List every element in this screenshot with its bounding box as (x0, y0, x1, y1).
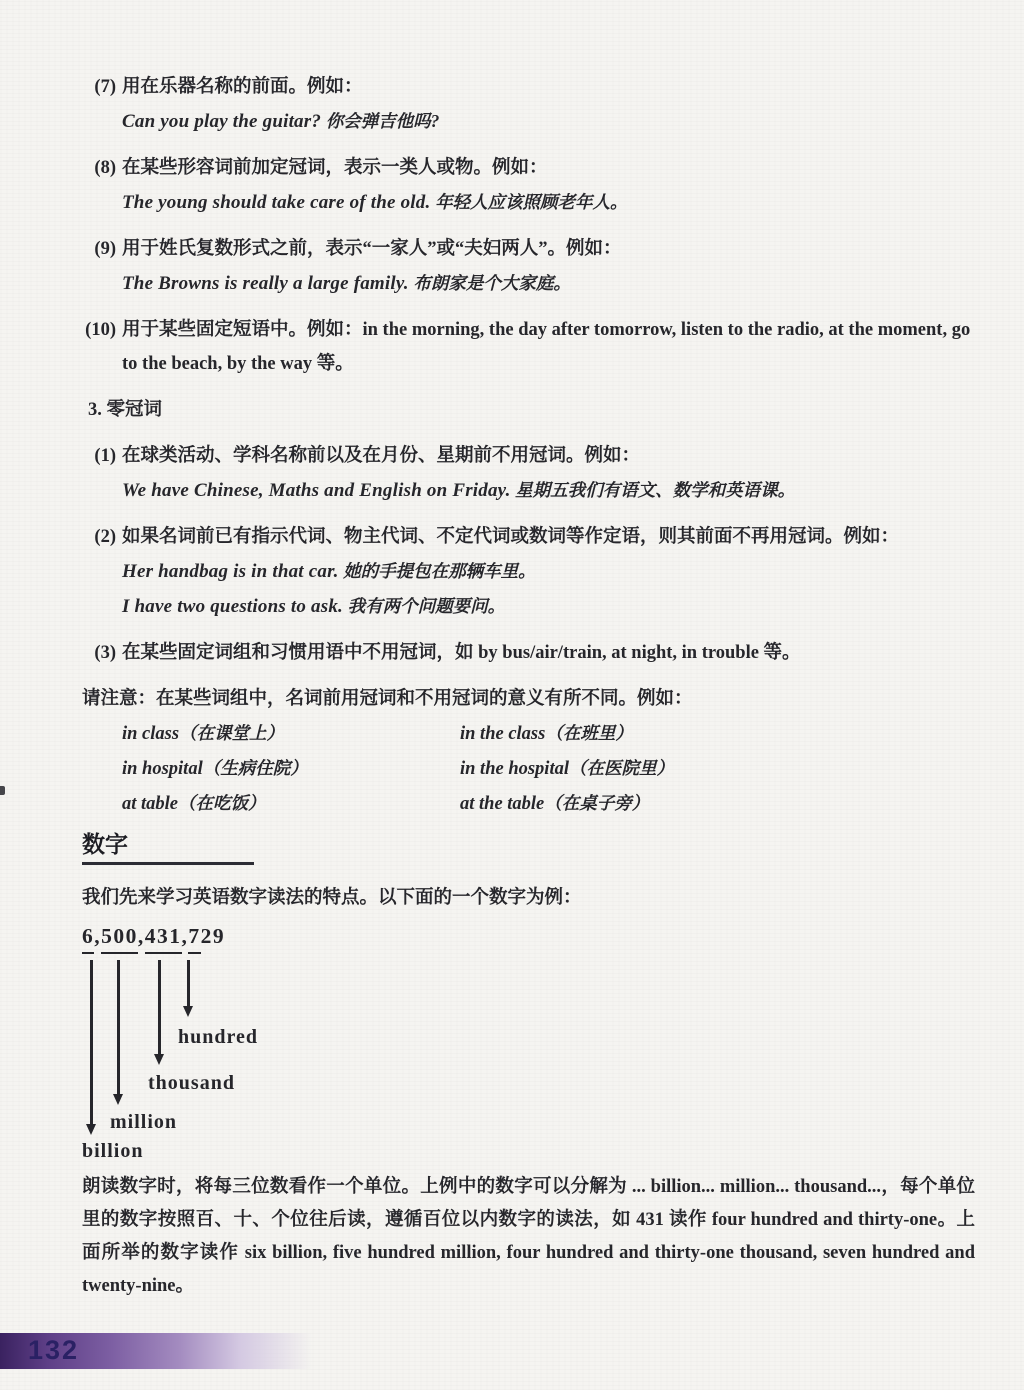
hundred-arrow (187, 960, 190, 1006)
item-text: 在某些形容词前加定冠词，表示一类人或物。例如： (122, 158, 548, 178)
million-label: million (110, 1110, 177, 1134)
phrase-chinese: （在医院里） (569, 758, 674, 778)
phrase-chinese: （在吃饭） (178, 793, 266, 813)
phrase-with-article: at the table（在桌子旁） (460, 786, 649, 821)
note-paragraph: 请注意：在某些词组中，名词前用冠词和不用冠词的意义有所不同。例如： (82, 682, 975, 716)
billion-label: billion (82, 1139, 143, 1163)
item-number: (1) (70, 439, 116, 473)
example-english: Can you play the guitar? (122, 111, 321, 132)
phrase-with-article: in the class（在班里） (460, 716, 633, 751)
zero-article-heading: 3. 零冠词 (88, 393, 975, 427)
example-english: Her handbag is in that car. (122, 561, 339, 582)
million-arrow (117, 960, 120, 1094)
item-number: (7) (70, 70, 116, 104)
phrase-pair-row: in hospital（生病住院） in the hospital（在医院里） (122, 751, 975, 786)
example-chinese: 你会弹吉他吗? (326, 111, 440, 131)
digit-group: 6 (82, 923, 94, 954)
phrase-without-article: in class（在课堂上） (122, 716, 460, 751)
item-text: 在球类活动、学科名称前以及在月份、星期前不用冠词。例如： (122, 446, 640, 466)
digit-group: 431 (145, 923, 182, 954)
item-number: (10) (70, 313, 116, 347)
zero-article-items-list: (1) 在球类活动、学科名称前以及在月份、星期前不用冠词。例如： We have… (122, 439, 975, 670)
phrase-pairs-table: in class（在课堂上） in the class（在班里） in hosp… (122, 716, 975, 821)
example-english: We have Chinese, Maths and English on Fr… (122, 480, 511, 501)
closing-paragraph: 朗读数字时，将每三位数看作一个单位。上例中的数字可以分解为 ... billio… (82, 1171, 975, 1303)
thousand-arrow (158, 960, 161, 1054)
digit-group: 500 (101, 923, 138, 954)
grammar-item: (2) 如果名词前已有指示代词、物主代词、不定代词或数词等作定语，则其前面不再用… (122, 520, 975, 624)
phrase-english: in the class (460, 724, 545, 744)
digit-group: , (182, 923, 189, 952)
digit-group: , (138, 923, 145, 952)
item-text: 用在乐器名称的前面。例如： (122, 77, 363, 97)
phrase-chinese: （在班里） (545, 723, 633, 743)
phrase-chinese: （在课堂上） (179, 723, 284, 743)
grammar-item: (7) 用在乐器名称的前面。例如： Can you play the guita… (122, 70, 975, 139)
billion-arrow (90, 960, 93, 1124)
example-english: The Browns is really a large family. (122, 273, 409, 294)
example-english: I have two questions to ask. (122, 596, 343, 617)
item-text: 在某些固定词组和习惯用语中不用冠词，如 by bus/air/train, at… (122, 643, 801, 663)
numbers-section-heading: 数字 (82, 831, 254, 865)
item-examples: The young should take care of the old. 年… (122, 185, 975, 220)
example-chinese: 她的手提包在那辆车里。 (343, 561, 536, 581)
digit-group: 29 (201, 923, 226, 952)
grammar-item: (1) 在球类活动、学科名称前以及在月份、星期前不用冠词。例如： We have… (122, 439, 975, 508)
example-chinese: 年轻人应该照顾老年人。 (435, 192, 628, 212)
example-sentence: The Browns is really a large family. 布朗家… (122, 266, 975, 301)
phrase-english: at the table (460, 794, 544, 814)
item-number: (3) (70, 636, 116, 670)
item-examples: We have Chinese, Maths and English on Fr… (122, 473, 975, 508)
item-text: 用于某些固定短语中。例如：in the morning, the day aft… (122, 320, 970, 374)
item-number: (9) (70, 232, 116, 266)
item-text: 如果名词前已有指示代词、物主代词、不定代词或数词等作定语，则其前面不再用冠词。例… (122, 527, 899, 547)
phrase-chinese: （在桌子旁） (544, 793, 649, 813)
thousand-label: thousand (148, 1071, 235, 1095)
grammar-item: (8) 在某些形容词前加定冠词，表示一类人或物。例如： The young sh… (122, 151, 975, 220)
phrase-english: in class (122, 724, 179, 744)
phrase-pair-row: at table（在吃饭） at the table（在桌子旁） (122, 786, 975, 821)
phrase-english: in the hospital (460, 759, 569, 779)
example-sentence: Her handbag is in that car. 她的手提包在那辆车里。 (122, 554, 975, 589)
phrase-with-article: in the hospital（在医院里） (460, 751, 674, 786)
example-number: 6,500,431,729 (82, 923, 975, 954)
example-sentence: Can you play the guitar? 你会弹吉他吗? (122, 104, 975, 139)
item-examples: Can you play the guitar? 你会弹吉他吗? (122, 104, 975, 139)
numbers-intro: 我们先来学习英语数字读法的特点。以下面的一个数字为例： (82, 881, 975, 915)
example-sentence: We have Chinese, Maths and English on Fr… (122, 473, 975, 508)
example-chinese: 我有两个问题要问。 (348, 596, 506, 616)
phrase-chinese: （生病住院） (203, 758, 308, 778)
grammar-item: (10) 用于某些固定短语中。例如：in the morning, the da… (122, 313, 975, 381)
example-chinese: 星期五我们有语文、数学和英语课。 (515, 480, 795, 500)
item-number: (2) (70, 520, 116, 554)
grammar-item: (3) 在某些固定词组和习惯用语中不用冠词，如 by bus/air/train… (122, 636, 975, 670)
phrase-pair-row: in class（在课堂上） in the class（在班里） (122, 716, 975, 751)
phrase-without-article: at table（在吃饭） (122, 786, 460, 821)
digit-group: , (94, 923, 101, 952)
example-english: The young should take care of the old. (122, 192, 430, 213)
example-sentence: The young should take care of the old. 年… (122, 185, 975, 220)
item-examples: The Browns is really a large family. 布朗家… (122, 266, 975, 301)
grammar-item: (9) 用于姓氏复数形式之前，表示“一家人”或“夫妇两人”。例如： The Br… (122, 232, 975, 301)
item-text: 用于姓氏复数形式之前，表示“一家人”或“夫妇两人”。例如： (122, 239, 622, 259)
textbook-page: { "article_section": { "items": [ { "num… (0, 0, 1024, 1390)
example-chinese: 布朗家是个大家庭。 (413, 273, 571, 293)
footer-bar: 132 (0, 1333, 400, 1369)
page-number: 132 (28, 1335, 79, 1366)
article-items-list: (7) 用在乐器名称的前面。例如： Can you play the guita… (122, 70, 975, 381)
item-examples: Her handbag is in that car. 她的手提包在那辆车里。 … (122, 554, 975, 624)
digit-group: 7 (188, 923, 200, 954)
hundred-label: hundred (178, 1025, 258, 1049)
page-content: (7) 用在乐器名称的前面。例如： Can you play the guita… (122, 70, 975, 1303)
number-place-value-diagram: 6,500,431,729 hundred thousand million b… (82, 923, 975, 1163)
phrase-english: at table (122, 794, 178, 814)
scan-edge-artifact (0, 786, 5, 795)
phrase-english: in hospital (122, 759, 203, 779)
example-sentence: I have two questions to ask. 我有两个问题要问。 (122, 589, 975, 624)
phrase-without-article: in hospital（生病住院） (122, 751, 460, 786)
item-number: (8) (70, 151, 116, 185)
